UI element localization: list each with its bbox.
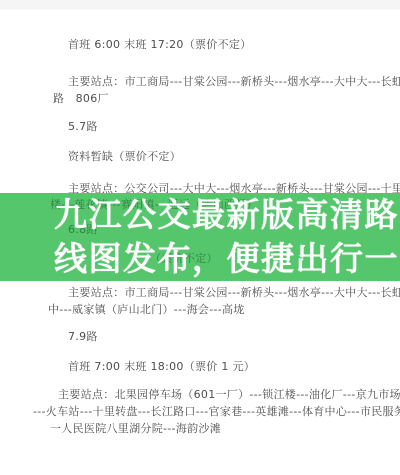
- headline-banner: 楼---莲花镇---赛阳镇---通远（庐山西门） 6.8路 （票价不定） 九江公…: [0, 193, 400, 281]
- headline-title-line1: 九江公交最新版高清路: [54, 195, 399, 235]
- route-schedule-text: 首班 7:00 末班 18:00（票价 1 元）: [68, 360, 255, 373]
- route-stops-wrap: 一人民医院八里湖分院---海韵沙滩: [50, 422, 221, 435]
- headline-title-line2: 线图发布，便捷出行一: [54, 239, 399, 279]
- route-fare-text: 资料暂缺（票价不定）: [68, 150, 181, 163]
- route-schedule-text: 首班 6:00 末班 17:20（票价不定）: [68, 38, 252, 51]
- route-stops-text: 主要站点：北果园停车场（601一厂）---锁江楼---油化厂---京九市场---…: [58, 388, 400, 401]
- route-number-heading: 7.9路: [68, 330, 98, 343]
- article-page: 首班 6:00 末班 17:20（票价不定） 主要站点：市工商局---甘棠公园-…: [0, 0, 400, 475]
- route-stops-wrap: 路 806厂: [53, 92, 109, 105]
- route-stops-wrap: ---火车站---十里转盘---长江路口---官家巷---英雄滩---体育中心-…: [33, 405, 400, 418]
- route-stops-text: 主要站点：市工商局---甘棠公园---新桥头---烟水亭---大中大---长虹立…: [68, 286, 400, 299]
- route-number-heading: 5.7路: [68, 120, 98, 133]
- page-top-bar: [0, 0, 400, 10]
- route-stops-text: 主要站点：市工商局---甘棠公园---新桥头---烟水亭---大中大---长虹立…: [68, 75, 400, 88]
- route-stops-wrap: 中---威家镇（庐山北门）---海会---高垅: [48, 303, 245, 316]
